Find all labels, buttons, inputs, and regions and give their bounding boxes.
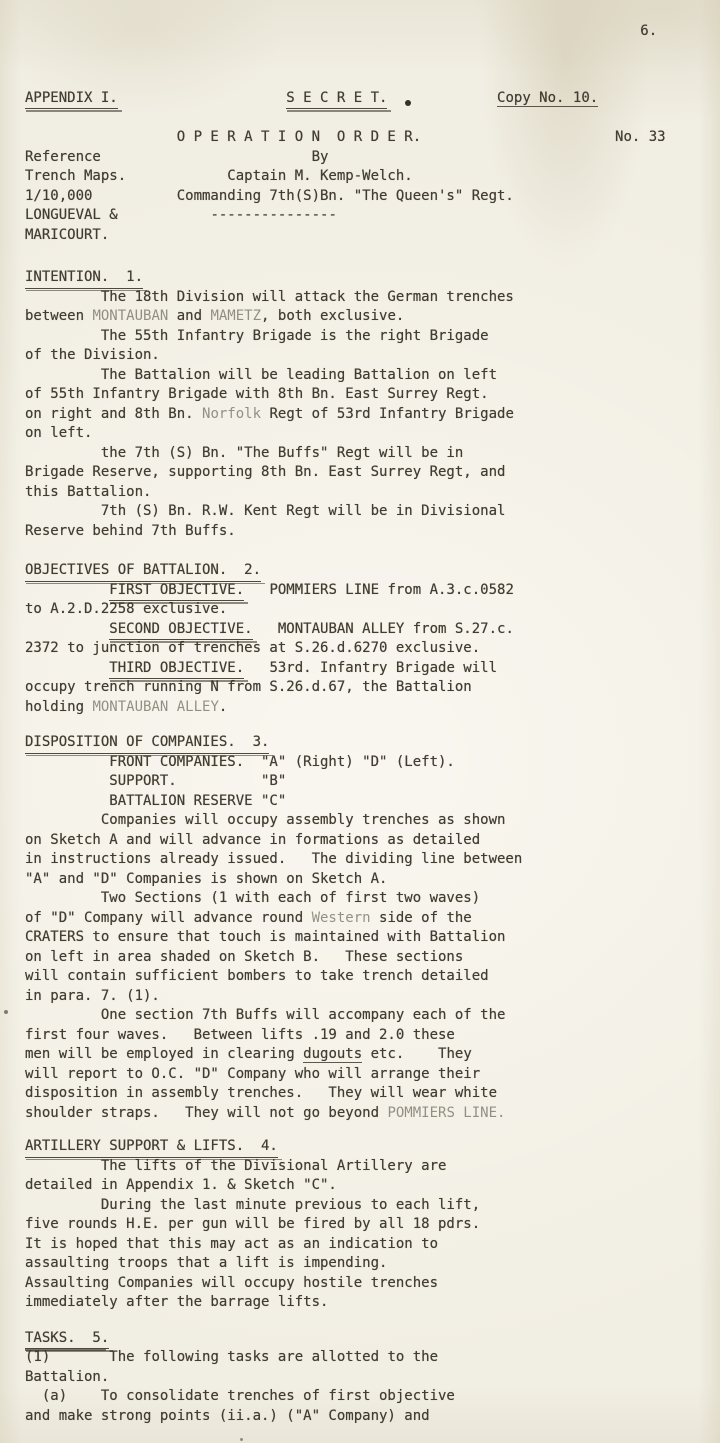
- text-segment: in para. 7. (1).: [25, 988, 160, 1004]
- faded-text: Western: [312, 910, 371, 926]
- text-segment: [118, 90, 287, 106]
- section-objectives: OBJECTIVES OF BATTALION. 2. FIRST OBJECT…: [25, 561, 720, 717]
- doc-line: of the Division.: [25, 346, 720, 366]
- text-segment: No. 33: [615, 129, 666, 145]
- text-segment: "A" and "D" Companies is shown on Sketch…: [25, 871, 387, 887]
- doc-line: "A" and "D" Companies is shown on Sketch…: [25, 870, 720, 890]
- doc-line: assaulting troops that a lift is impendi…: [25, 1254, 720, 1274]
- doc-line: immediately after the barrage lifts.: [25, 1293, 720, 1313]
- faded-text: MAMETZ: [210, 308, 261, 324]
- text-segment: MONTAUBAN ALLEY from S.27.c.: [253, 621, 514, 637]
- faded-text: POMMIERS LINE.: [387, 1105, 505, 1121]
- text-segment: .: [219, 699, 227, 715]
- document-body: 6.APPENDIX I. S E C R E T. Copy No. 10. …: [25, 22, 720, 1426]
- text-segment: on right and 8th Bn.: [25, 406, 202, 422]
- doc-line: of 55th Infantry Brigade with 8th Bn. Ea…: [25, 385, 720, 405]
- text-segment: men will be employed in clearing: [25, 1046, 303, 1062]
- text-segment: During the last minute previous to each …: [25, 1197, 480, 1213]
- text-segment: side of the: [371, 910, 472, 926]
- underlined-text: dugouts: [303, 1046, 362, 1063]
- doc-line: between MONTAUBAN and MAMETZ, both exclu…: [25, 307, 720, 327]
- doc-line: SECOND OBJECTIVE. MONTAUBAN ALLEY from S…: [25, 620, 720, 640]
- text-segment: Trench Maps. Captain M. Kemp-Welch.: [25, 168, 413, 184]
- text-segment: assaulting troops that a lift is impendi…: [25, 1255, 387, 1271]
- text-segment: occupy trench running N from S.26.d.67, …: [25, 679, 472, 695]
- text-segment: and make strong points (ii.a.) ("A" Comp…: [25, 1408, 430, 1424]
- text-segment: SUPPORT. "B": [25, 773, 286, 789]
- doc-line: five rounds H.E. per gun will be fired b…: [25, 1215, 720, 1235]
- text-segment: [387, 90, 497, 106]
- doc-line: on right and 8th Bn. Norfolk Regt of 53r…: [25, 405, 720, 425]
- text-segment: 6.: [25, 23, 657, 39]
- doc-line: It is hoped that this may act as an indi…: [25, 1235, 720, 1255]
- rule-segment: (1): [25, 1348, 109, 1368]
- doc-line: Companies will occupy assembly trenches …: [25, 811, 720, 831]
- doc-line: OBJECTIVES OF BATTALION. 2.: [25, 561, 720, 581]
- text-segment: O P E R A T I O N O R D E R.: [25, 129, 421, 145]
- text-segment: Companies will occupy assembly trenches …: [25, 812, 505, 828]
- doc-line: APPENDIX I. S E C R E T. Copy No. 10.: [25, 89, 720, 109]
- section-masthead: APPENDIX I. S E C R E T. Copy No. 10.: [25, 89, 720, 109]
- heading-text: DISPOSITION OF COMPANIES. 3.: [25, 733, 269, 754]
- doc-line: SUPPORT. "B": [25, 772, 720, 792]
- text-segment: of 55th Infantry Brigade with 8th Bn. Ea…: [25, 386, 489, 402]
- text-segment: Brigade Reserve, supporting 8th Bn. East…: [25, 464, 505, 480]
- doc-line: Trench Maps. Captain M. Kemp-Welch.: [25, 167, 720, 187]
- text-segment: first four waves. Between lifts .19 and …: [25, 1027, 455, 1043]
- text-segment: The Battalion will be leading Battalion …: [25, 367, 497, 383]
- doc-line: The 55th Infantry Brigade is the right B…: [25, 327, 720, 347]
- doc-line: BATTALION RESERVE "C": [25, 792, 720, 812]
- paper-speck: [4, 1010, 8, 1014]
- text-segment: Regt of 53rd Infantry Brigade: [261, 406, 514, 422]
- doc-line: One section 7th Buffs will accompany eac…: [25, 1006, 720, 1026]
- doc-line: this Battalion.: [25, 483, 720, 503]
- text-segment: 53rd. Infantry Brigade will: [244, 660, 497, 676]
- doc-line: DISPOSITION OF COMPANIES. 3.: [25, 733, 720, 753]
- doc-line: 1/10,000 Commanding 7th(S)Bn. "The Queen…: [25, 187, 720, 207]
- doc-line: (a) To consolidate trenches of first obj…: [25, 1387, 720, 1407]
- text-segment: Reserve behind 7th Buffs.: [25, 523, 236, 539]
- doc-line: Battalion.: [25, 1368, 720, 1388]
- text-segment: BATTALION RESERVE "C": [25, 793, 286, 809]
- text-segment: between: [25, 308, 92, 324]
- text-segment: [25, 660, 109, 676]
- text-segment: disposition in assembly trenches. They w…: [25, 1085, 497, 1101]
- doc-line: the 7th (S) Bn. "The Buffs" Regt will be…: [25, 444, 720, 464]
- text-segment: The 55th Infantry Brigade is the right B…: [25, 328, 489, 344]
- text-segment: holding: [25, 699, 92, 715]
- doc-line: on left.: [25, 424, 720, 444]
- doc-line: first four waves. Between lifts .19 and …: [25, 1026, 720, 1046]
- heading-text: APPENDIX I.: [25, 89, 118, 110]
- text-segment: ---------------: [210, 207, 336, 223]
- text-segment: of the Division.: [25, 347, 160, 363]
- heading-text: FIRST OBJECTIVE.: [109, 581, 244, 602]
- text-segment: immediately after the barrage lifts.: [25, 1294, 328, 1310]
- doc-line: ARTILLERY SUPPORT & LIFTS. 4.: [25, 1137, 720, 1157]
- paper-speck: [240, 1438, 243, 1441]
- text-segment: The following tasks are allotted to the: [109, 1349, 438, 1365]
- text-segment: CRATERS to ensure that touch is maintain…: [25, 929, 505, 945]
- doc-line: detailed in Appendix 1. & Sketch "C".: [25, 1176, 720, 1196]
- doc-line: LONGUEVAL & ---------------: [25, 206, 720, 226]
- doc-line: shoulder straps. They will not go beyond…: [25, 1104, 720, 1124]
- faded-text: Norfolk: [202, 406, 261, 422]
- section-page-number: 6.: [25, 22, 720, 42]
- text-segment: this Battalion.: [25, 484, 151, 500]
- doc-line: Two Sections (1 with each of first two w…: [25, 889, 720, 909]
- text-segment: will report to O.C. "D" Company who will…: [25, 1066, 480, 1082]
- doc-line: men will be employed in clearing dugouts…: [25, 1045, 720, 1065]
- text-segment: and: [168, 308, 210, 324]
- text-segment: [25, 621, 109, 637]
- doc-line: INTENTION. 1.: [25, 268, 720, 288]
- heading-text: ARTILLERY SUPPORT & LIFTS. 4.: [25, 1137, 278, 1158]
- section-order-title: O P E R A T I O N O R D E R. No. 33Refer…: [25, 128, 720, 245]
- text-segment: [421, 129, 615, 145]
- heading-text: OBJECTIVES OF BATTALION. 2.: [25, 561, 261, 582]
- doc-line: holding MONTAUBAN ALLEY.: [25, 698, 720, 718]
- doc-line: Reference By: [25, 148, 720, 168]
- doc-line: O P E R A T I O N O R D E R. No. 33: [25, 128, 720, 148]
- text-segment: the 7th (S) Bn. "The Buffs" Regt will be…: [25, 445, 463, 461]
- text-segment: , both exclusive.: [261, 308, 404, 324]
- doc-line: (1) The following tasks are allotted to …: [25, 1348, 720, 1368]
- doc-line: Brigade Reserve, supporting 8th Bn. East…: [25, 463, 720, 483]
- text-segment: on Sketch A and will advance in formatio…: [25, 832, 480, 848]
- section-intention: INTENTION. 1. The 18th Division will att…: [25, 268, 720, 541]
- doc-line: in instructions already issued. The divi…: [25, 850, 720, 870]
- text-segment: Assaulting Companies will occupy hostile…: [25, 1275, 438, 1291]
- text-segment: on left in area shaded on Sketch B. Thes…: [25, 949, 463, 965]
- doc-line: THIRD OBJECTIVE. 53rd. Infantry Brigade …: [25, 659, 720, 679]
- doc-line: will report to O.C. "D" Company who will…: [25, 1065, 720, 1085]
- doc-line: in para. 7. (1).: [25, 987, 720, 1007]
- text-segment: 1/10,000 Commanding 7th(S)Bn. "The Queen…: [25, 188, 514, 204]
- doc-line: and make strong points (ii.a.) ("A" Comp…: [25, 1407, 720, 1427]
- text-segment: Two Sections (1 with each of first two w…: [25, 890, 480, 906]
- text-segment: detailed in Appendix 1. & Sketch "C".: [25, 1177, 337, 1193]
- text-segment: will contain sufficient bombers to take …: [25, 968, 489, 984]
- doc-line: disposition in assembly trenches. They w…: [25, 1084, 720, 1104]
- heading-text: S E C R E T.: [286, 89, 387, 110]
- doc-line: 7th (S) Bn. R.W. Kent Regt will be in Di…: [25, 502, 720, 522]
- text-segment: LONGUEVAL &: [25, 207, 210, 223]
- faded-text: MONTAUBAN: [92, 308, 168, 324]
- heading-text: SECOND OBJECTIVE.: [109, 620, 252, 641]
- doc-line: of "D" Company will advance round Wester…: [25, 909, 720, 929]
- doc-line: TASKS. 5.: [25, 1329, 720, 1349]
- faded-text: MONTAUBAN ALLEY: [92, 699, 218, 715]
- document-page: 6.APPENDIX I. S E C R E T. Copy No. 10. …: [0, 0, 720, 1443]
- doc-line: Assaulting Companies will occupy hostile…: [25, 1274, 720, 1294]
- text-segment: Reference By: [25, 149, 328, 165]
- heading-text: INTENTION. 1.: [25, 268, 143, 289]
- text-segment: One section 7th Buffs will accompany eac…: [25, 1007, 505, 1023]
- doc-line: on left in area shaded on Sketch B. Thes…: [25, 948, 720, 968]
- text-segment: It is hoped that this may act as an indi…: [25, 1236, 438, 1252]
- doc-line: 6.: [25, 22, 720, 42]
- text-segment: in instructions already issued. The divi…: [25, 851, 522, 867]
- text-segment: of "D" Company will advance round: [25, 910, 312, 926]
- text-segment: (a) To consolidate trenches of first obj…: [25, 1388, 455, 1404]
- doc-line: will contain sufficient bombers to take …: [25, 967, 720, 987]
- text-segment: five rounds H.E. per gun will be fired b…: [25, 1216, 480, 1232]
- section-artillery: ARTILLERY SUPPORT & LIFTS. 4. The lifts …: [25, 1137, 720, 1313]
- doc-line: CRATERS to ensure that touch is maintain…: [25, 928, 720, 948]
- underlined-text: Copy No. 10.: [497, 90, 598, 107]
- doc-line: The Battalion will be leading Battalion …: [25, 366, 720, 386]
- doc-line: Reserve behind 7th Buffs.: [25, 522, 720, 542]
- doc-line: on Sketch A and will advance in formatio…: [25, 831, 720, 851]
- section-disposition: DISPOSITION OF COMPANIES. 3. FRONT COMPA…: [25, 733, 720, 1123]
- doc-line: MARICOURT.: [25, 226, 720, 246]
- section-tasks: TASKS. 5.(1) The following tasks are all…: [25, 1329, 720, 1427]
- text-segment: POMMIERS LINE from A.3.c.0582: [244, 582, 514, 598]
- text-segment: 7th (S) Bn. R.W. Kent Regt will be in Di…: [25, 503, 505, 519]
- text-segment: etc. They: [362, 1046, 472, 1062]
- text-segment: on left.: [25, 425, 92, 441]
- text-segment: shoulder straps. They will not go beyond: [25, 1105, 387, 1121]
- doc-line: During the last minute previous to each …: [25, 1196, 720, 1216]
- text-segment: MARICOURT.: [25, 227, 109, 243]
- text-segment: Battalion.: [25, 1369, 109, 1385]
- doc-line: FIRST OBJECTIVE. POMMIERS LINE from A.3.…: [25, 581, 720, 601]
- heading-text: TASKS. 5.: [25, 1329, 109, 1350]
- heading-text: THIRD OBJECTIVE.: [109, 659, 244, 680]
